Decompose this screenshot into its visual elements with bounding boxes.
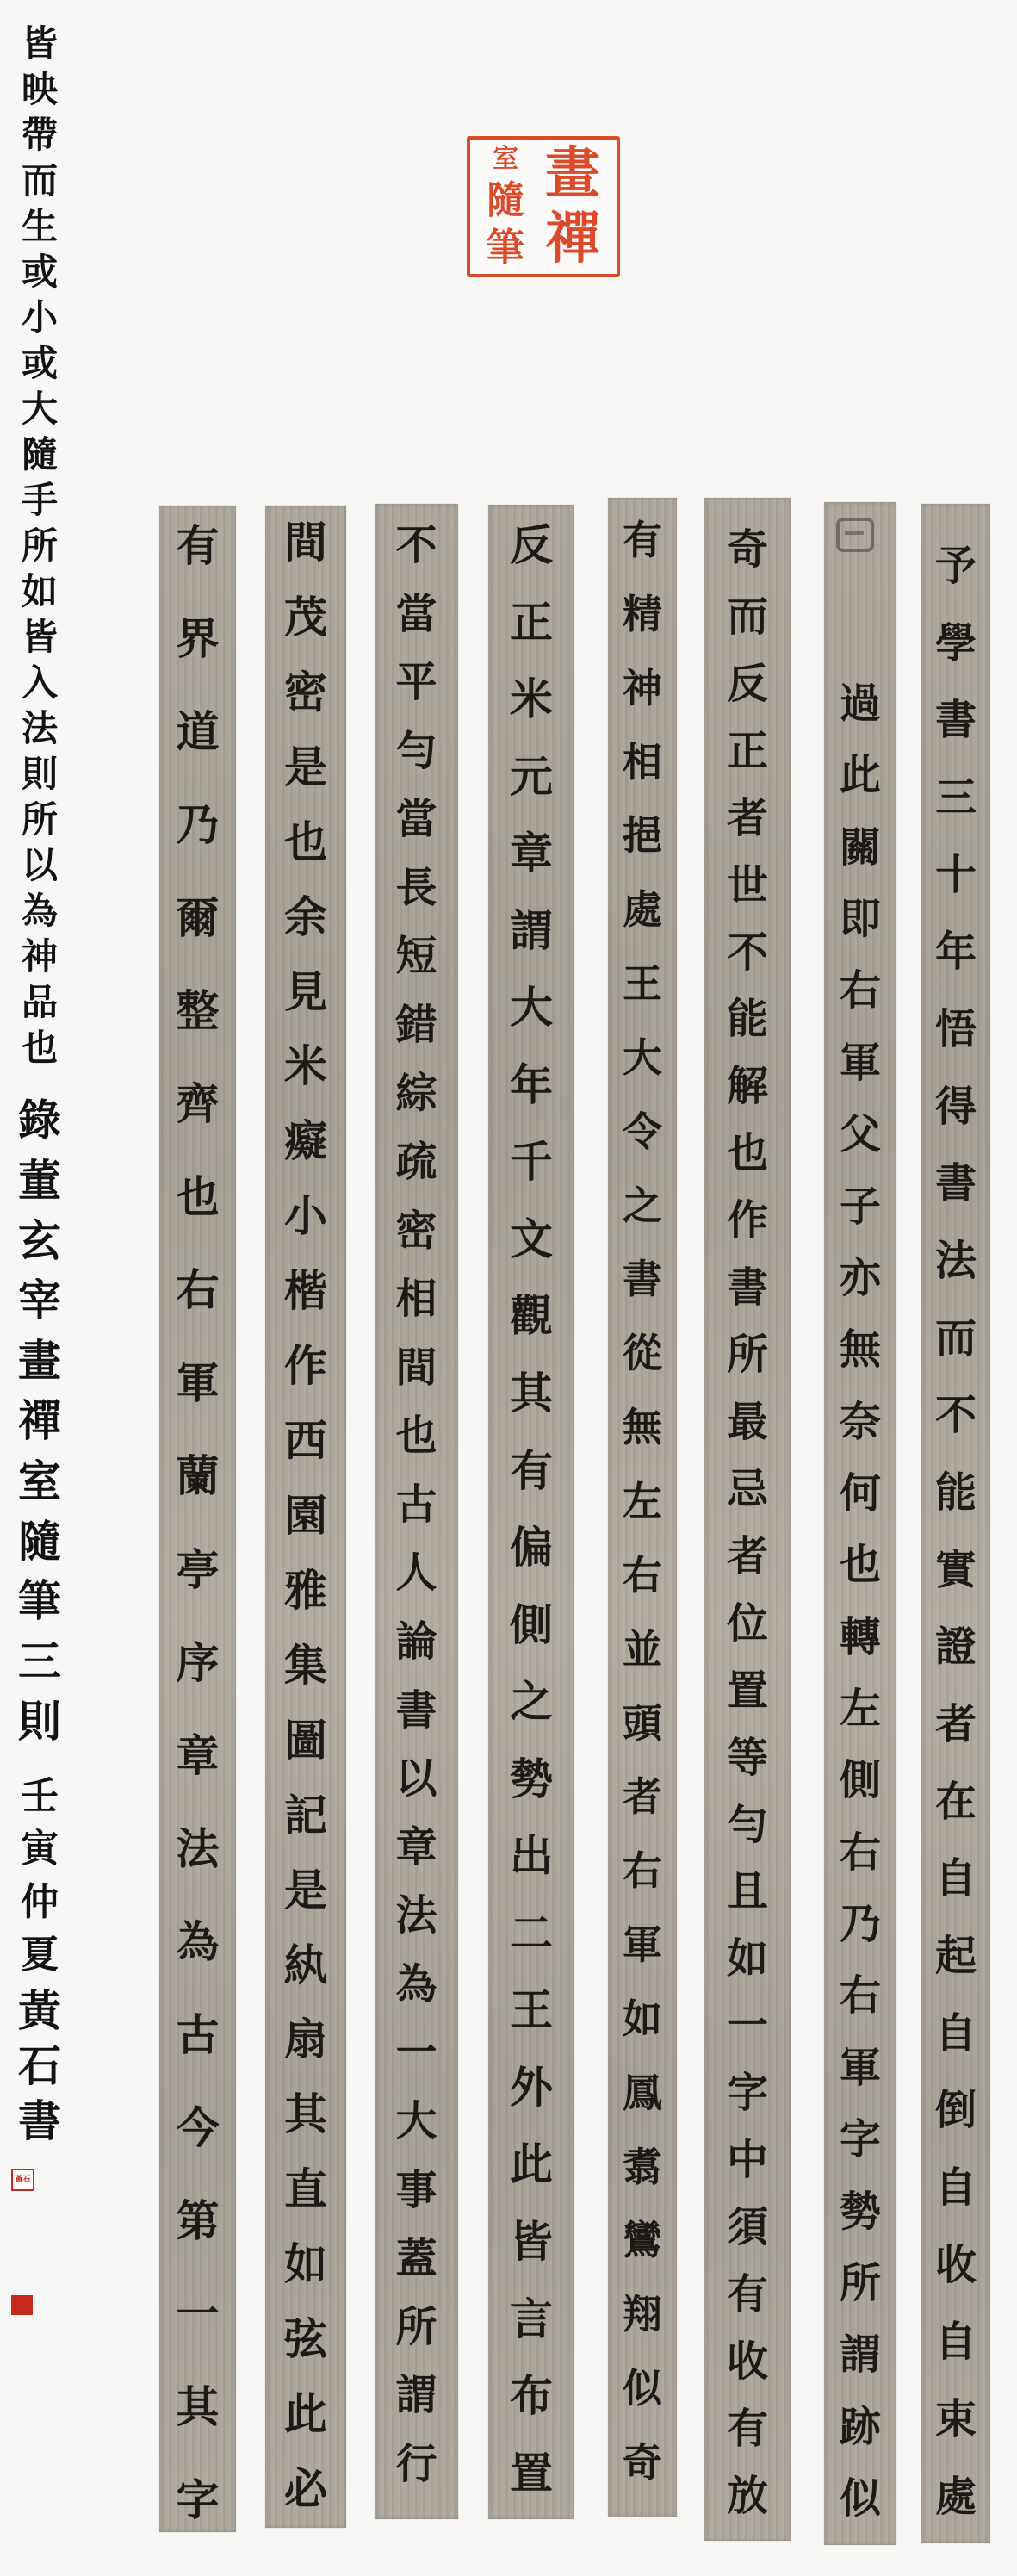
calligraphy-glyph: 齊 xyxy=(177,1083,220,1126)
calligraphy-glyph: 密 xyxy=(284,671,327,714)
calligraphy-glyph: 作 xyxy=(727,1200,768,1241)
calligraphy-glyph: 不 xyxy=(395,525,437,566)
calligraphy-glyph: 也 xyxy=(22,1030,58,1066)
calligraphy-glyph: 一 xyxy=(395,2032,437,2073)
calligraphy-glyph: 奇 xyxy=(727,529,768,570)
calligraphy-glyph: 圖 xyxy=(284,1719,327,1762)
calligraphy-strip-2: 過此關即右軍父子亦無奈何也轉左側右乃右軍字勢所謂跡似 xyxy=(824,502,896,2545)
calligraphy-glyph: 悟 xyxy=(935,1009,977,1050)
calligraphy-glyph: 十 xyxy=(935,854,977,896)
calligraphy-glyph: 子 xyxy=(840,1186,881,1227)
calligraphy-glyph: 密 xyxy=(395,1210,437,1251)
calligraphy-glyph: 作 xyxy=(284,1344,327,1387)
calligraphy-glyph: 收 xyxy=(935,2244,977,2286)
calligraphy-glyph: 間 xyxy=(284,521,327,564)
inscription-signature: 黃石書 xyxy=(0,1989,79,2143)
calligraphy-glyph: 反 xyxy=(727,663,768,705)
calligraphy-glyph: 文 xyxy=(510,1218,553,1261)
calligraphy-glyph: 神 xyxy=(22,939,58,975)
calligraphy-glyph: 相 xyxy=(395,1278,437,1319)
calligraphy-glyph: 而 xyxy=(22,163,58,199)
calligraphy-glyph: 令 xyxy=(623,1112,662,1151)
calligraphy-glyph: 勢 xyxy=(510,1758,553,1801)
calligraphy-glyph: 無 xyxy=(840,1329,881,1370)
calligraphy-glyph: 年 xyxy=(510,1064,553,1107)
calligraphy-glyph: 亭 xyxy=(177,1549,220,1592)
calligraphy-glyph: 世 xyxy=(727,865,768,906)
calligraphy-glyph: 者 xyxy=(727,798,768,839)
calligraphy-glyph: 所 xyxy=(22,528,58,564)
calligraphy-glyph: 也 xyxy=(177,1176,220,1219)
calligraphy-glyph: 一 xyxy=(177,2293,220,2336)
calligraphy-glyph: 也 xyxy=(395,1415,437,1456)
calligraphy-glyph: 千 xyxy=(510,1140,553,1183)
calligraphy-glyph: 自 xyxy=(935,2167,977,2208)
calligraphy-glyph: 等 xyxy=(727,1737,768,1778)
calligraphy-glyph: 倒 xyxy=(935,2089,977,2131)
calligraphy-glyph: 其 xyxy=(284,2093,327,2136)
calligraphy-glyph: 小 xyxy=(284,1195,327,1238)
calligraphy-glyph: 帶 xyxy=(22,117,58,153)
calligraphy-glyph: 學 xyxy=(935,623,977,664)
calligraphy-glyph: 鳳 xyxy=(623,2073,662,2113)
calligraphy-glyph: 畫 xyxy=(545,146,600,202)
strip-text: 予學書三十年悟得書法而不能實證者在自起自倒自收自束處 xyxy=(921,545,990,2517)
calligraphy-glyph: 或 xyxy=(22,254,58,290)
calligraphy-glyph: 不 xyxy=(727,932,768,973)
calligraphy-glyph: 謂 xyxy=(395,2374,437,2416)
calligraphy-glyph: 實 xyxy=(935,1549,977,1591)
calligraphy-glyph: 生 xyxy=(22,208,58,245)
inscription-date: 壬寅仲夏 xyxy=(0,1778,79,1974)
calligraphy-glyph: 最 xyxy=(727,1401,768,1443)
calligraphy-glyph: 翥 xyxy=(623,2147,662,2187)
inscription-line-1: 皆映帶而生或小或大隨手所如皆入法則所以為神品也 xyxy=(0,26,79,1066)
calligraphy-glyph: 為 xyxy=(22,893,58,929)
calligraphy-glyph: 自 xyxy=(935,2013,977,2054)
calligraphy-glyph: 能 xyxy=(935,1472,977,1513)
calligraphy-glyph: 畫 xyxy=(18,1339,61,1382)
calligraphy-glyph: 須 xyxy=(727,2207,768,2248)
calligraphy-glyph: 爾 xyxy=(177,897,220,940)
calligraphy-glyph: 書 xyxy=(18,2100,61,2143)
calligraphy-glyph: 且 xyxy=(727,1871,768,1912)
calligraphy-glyph: 法 xyxy=(935,1240,977,1282)
calligraphy-glyph: 放 xyxy=(727,2475,768,2517)
strip-text: 反正米元章謂大年千文觀其有偏側之勢出二王外此皆言布置 xyxy=(488,524,574,2495)
calligraphy-glyph: 錯 xyxy=(395,1004,437,1046)
calligraphy-glyph: 書 xyxy=(935,1163,977,1204)
calligraphy-glyph: 轉 xyxy=(840,1617,881,1658)
calligraphy-glyph: 仲 xyxy=(21,1884,59,1921)
calligraphy-glyph: 平 xyxy=(395,661,437,703)
calligraphy-glyph: 書 xyxy=(395,1690,437,1731)
calligraphy-glyph: 右 xyxy=(840,970,881,1011)
calligraphy-glyph: 精 xyxy=(623,594,662,634)
calligraphy-glyph: 翔 xyxy=(623,2294,662,2334)
calligraphy-glyph: 綜 xyxy=(395,1073,437,1114)
calligraphy-glyph: 也 xyxy=(284,821,327,864)
calligraphy-glyph: 章 xyxy=(395,1827,437,1868)
calligraphy-glyph: 則 xyxy=(22,756,58,792)
calligraphy-glyph: 宰 xyxy=(18,1279,61,1322)
calligraphy-glyph: 也 xyxy=(727,1133,768,1174)
calligraphy-glyph: 第 xyxy=(177,2200,220,2243)
calligraphy-glyph: 右 xyxy=(177,1269,220,1312)
calligraphy-glyph: 處 xyxy=(623,890,662,929)
calligraphy-glyph: 寅 xyxy=(21,1830,59,1868)
calligraphy-glyph: 所 xyxy=(22,802,58,838)
calligraphy-glyph: 余 xyxy=(284,896,327,939)
calligraphy-glyph: 隨 xyxy=(22,437,58,473)
calligraphy-glyph: 出 xyxy=(510,1834,553,1878)
calligraphy-glyph: 父 xyxy=(840,1114,881,1155)
calligraphy-glyph: 軍 xyxy=(177,1362,220,1405)
calligraphy-glyph: 相 xyxy=(623,742,662,782)
calligraphy-glyph: 書 xyxy=(727,1267,768,1308)
calligraphy-glyph: 此 xyxy=(840,754,881,796)
calligraphy-glyph: 錄 xyxy=(18,1099,61,1142)
calligraphy-glyph: 小 xyxy=(22,300,58,336)
calligraphy-glyph: 映 xyxy=(22,71,58,108)
calligraphy-glyph: 勻 xyxy=(727,1804,768,1846)
calligraphy-glyph: 所 xyxy=(840,2263,881,2304)
calligraphy-glyph: 過 xyxy=(840,683,881,724)
calligraphy-glyph: 證 xyxy=(935,1626,977,1667)
calligraphy-glyph: 謂 xyxy=(840,2334,881,2375)
calligraphy-glyph: 不 xyxy=(935,1394,977,1436)
ink-mark xyxy=(836,518,874,552)
strip-text: 間茂密是也余見米癡小楷作西園雅集圖記是紈扇其直如弦此必 xyxy=(265,521,346,2511)
calligraphy-glyph: 束 xyxy=(935,2399,977,2440)
artist-seal-name: 黃石 xyxy=(11,2169,34,2191)
calligraphy-glyph: 二 xyxy=(510,1912,553,1955)
calligraphy-glyph: 神 xyxy=(623,668,662,708)
calligraphy-glyph: 者 xyxy=(623,1777,662,1816)
calligraphy-glyph: 道 xyxy=(177,711,220,754)
calligraphy-glyph: 年 xyxy=(935,931,977,972)
calligraphy-glyph: 無 xyxy=(623,1407,662,1447)
calligraphy-glyph: 位 xyxy=(727,1603,768,1644)
calligraphy-glyph: 此 xyxy=(284,2393,327,2436)
calligraphy-glyph: 董 xyxy=(18,1159,61,1202)
calligraphy-glyph: 有 xyxy=(510,1449,553,1493)
calligraphy-glyph: 勢 xyxy=(840,2191,881,2232)
calligraphy-glyph: 記 xyxy=(284,1794,327,1837)
calligraphy-glyph: 右 xyxy=(623,1851,662,1890)
calligraphy-glyph: 何 xyxy=(840,1473,881,1514)
calligraphy-glyph: 章 xyxy=(177,1735,220,1778)
calligraphy-glyph: 法 xyxy=(22,711,58,747)
calligraphy-glyph: 關 xyxy=(840,827,881,868)
calligraphy-glyph: 側 xyxy=(840,1760,881,1801)
calligraphy-glyph: 右 xyxy=(623,1555,662,1595)
calligraphy-glyph: 者 xyxy=(727,1536,768,1577)
calligraphy-glyph: 疏 xyxy=(395,1141,437,1182)
calligraphy-glyph: 為 xyxy=(395,1964,437,2005)
calligraphy-glyph: 書 xyxy=(935,699,977,741)
calligraphy-glyph: 有 xyxy=(177,525,220,568)
calligraphy-glyph: 長 xyxy=(395,867,437,909)
calligraphy-glyph: 勻 xyxy=(395,730,437,772)
calligraphy-glyph: 米 xyxy=(510,678,553,721)
calligraphy-glyph: 中 xyxy=(727,2139,768,2181)
strip-text: 奇而反正者世不能解也作書所最忌者位置等勻且如一字中須有收有放 xyxy=(704,529,791,2517)
calligraphy-glyph: 或 xyxy=(22,345,58,382)
calligraphy-glyph: 法 xyxy=(395,1895,437,1936)
calligraphy-glyph: 乃 xyxy=(840,1903,881,1945)
calligraphy-glyph: 謂 xyxy=(510,909,553,953)
artist-seal-square xyxy=(11,2295,33,2315)
calligraphy-glyph: 大 xyxy=(510,986,553,1029)
calligraphy-glyph: 茂 xyxy=(284,596,327,639)
calligraphy-glyph: 置 xyxy=(510,2452,553,2495)
calligraphy-glyph: 即 xyxy=(840,898,881,940)
calligraphy-glyph: 石 xyxy=(18,2045,61,2088)
calligraphy-glyph: 三 xyxy=(935,777,977,818)
calligraphy-glyph: 書 xyxy=(623,1259,662,1299)
calligraphy-glyph: 左 xyxy=(623,1481,662,1521)
calligraphy-glyph: 挹 xyxy=(623,816,662,855)
calligraphy-glyph: 忌 xyxy=(727,1468,768,1510)
calligraphy-glyph: 其 xyxy=(177,2386,220,2429)
seal-right-column: 畫禪 xyxy=(537,146,608,267)
calligraphy-glyph: 觀 xyxy=(510,1294,553,1338)
calligraphy-glyph: 今 xyxy=(177,2107,220,2150)
calligraphy-glyph: 禪 xyxy=(18,1400,61,1443)
calligraphy-strip-5: 反正米元章謂大年千文觀其有偏側之勢出二王外此皆言布置 xyxy=(488,505,574,2519)
calligraphy-glyph: 筆 xyxy=(487,229,524,267)
calligraphy-glyph: 正 xyxy=(510,601,553,644)
calligraphy-glyph: 夏 xyxy=(21,1936,59,1974)
calligraphy-glyph: 軍 xyxy=(840,1042,881,1083)
calligraphy-glyph: 起 xyxy=(935,1935,977,1977)
calligraphy-glyph: 者 xyxy=(935,1704,977,1745)
calligraphy-glyph: 隨 xyxy=(18,1520,61,1563)
calligraphy-glyph: 予 xyxy=(935,545,977,587)
calligraphy-glyph: 壬 xyxy=(21,1778,59,1816)
calligraphy-glyph: 自 xyxy=(935,2321,977,2362)
calligraphy-glyph: 以 xyxy=(395,1758,437,1799)
calligraphy-glyph: 布 xyxy=(510,2374,553,2418)
calligraphy-glyph: 之 xyxy=(623,1186,662,1226)
calligraphy-glyph: 如 xyxy=(623,1999,662,2039)
calligraphy-glyph: 側 xyxy=(510,1604,553,1647)
calligraphy-glyph: 皆 xyxy=(22,619,58,655)
calligraphy-glyph: 楷 xyxy=(284,1269,327,1313)
calligraphy-glyph: 收 xyxy=(727,2341,768,2382)
strip-text: 有精神相挹處王大令之書從無左右並頭者右軍如鳳翥鸞翔似奇 xyxy=(608,520,677,2482)
calligraphy-glyph: 元 xyxy=(510,755,553,798)
calligraphy-glyph: 事 xyxy=(395,2169,437,2211)
calligraphy-glyph: 似 xyxy=(840,2478,881,2519)
calligraphy-glyph: 則 xyxy=(18,1700,61,1743)
calligraphy-glyph: 西 xyxy=(284,1419,327,1462)
calligraphy-glyph: 右 xyxy=(840,1832,881,1873)
calligraphy-glyph: 序 xyxy=(177,1642,220,1685)
calligraphy-glyph: 癡 xyxy=(284,1120,327,1163)
calligraphy-glyph: 三 xyxy=(18,1640,61,1683)
calligraphy-glyph: 隨 xyxy=(487,182,524,220)
calligraphy-glyph: 行 xyxy=(395,2443,437,2485)
calligraphy-glyph: 亦 xyxy=(840,1257,881,1299)
calligraphy-glyph: 當 xyxy=(395,593,437,635)
calligraphy-glyph: 字 xyxy=(177,2479,220,2522)
calligraphy-glyph: 能 xyxy=(727,998,768,1040)
calligraphy-glyph: 軍 xyxy=(840,2047,881,2089)
calligraphy-glyph: 如 xyxy=(22,574,58,610)
calligraphy-glyph: 當 xyxy=(395,798,437,840)
calligraphy-glyph: 奇 xyxy=(623,2443,662,2482)
calligraphy-glyph: 品 xyxy=(22,984,58,1021)
strip-text: 過此關即右軍父子亦無奈何也轉左側右乃右軍字勢所謂跡似 xyxy=(824,683,896,2519)
calligraphy-glyph: 解 xyxy=(727,1065,768,1107)
calligraphy-glyph: 是 xyxy=(284,746,327,789)
calligraphy-glyph: 處 xyxy=(935,2476,977,2517)
calligraphy-glyph: 反 xyxy=(510,524,553,567)
calligraphy-glyph: 古 xyxy=(177,2014,220,2057)
calligraphy-glyph: 置 xyxy=(727,1670,768,1711)
calligraphy-glyph: 米 xyxy=(284,1045,327,1088)
inscription-line-2: 錄董玄宰畫禪室隨筆三則 xyxy=(0,1099,79,1743)
calligraphy-glyph: 偏 xyxy=(510,1526,553,1569)
calligraphy-glyph: 人 xyxy=(395,1552,437,1593)
calligraphy-glyph: 法 xyxy=(177,1828,220,1871)
calligraphy-glyph: 禪 xyxy=(545,212,600,267)
calligraphy-glyph: 此 xyxy=(510,2143,553,2186)
calligraphy-glyph: 也 xyxy=(840,1544,881,1586)
calligraphy-glyph: 自 xyxy=(935,1858,977,1899)
seal-left-column: 室隨筆 xyxy=(477,146,534,267)
calligraphy-glyph: 雅 xyxy=(284,1569,327,1612)
strip-text: 有界道乃爾整齊也右軍蘭亭序章法為古今第一其字 xyxy=(159,525,236,2522)
calligraphy-glyph: 一 xyxy=(727,2005,768,2046)
calligraphy-glyph: 手 xyxy=(22,482,58,518)
calligraphy-glyph: 蓋 xyxy=(395,2238,437,2279)
calligraphy-strip-3: 奇而反正者世不能解也作書所最忌者位置等勻且如一字中須有收有放 xyxy=(704,498,791,2541)
calligraphy-glyph: 而 xyxy=(727,596,768,637)
calligraphy-glyph: 似 xyxy=(623,2368,662,2408)
calligraphy-glyph: 大 xyxy=(22,391,58,427)
calligraphy-glyph: 大 xyxy=(623,1038,662,1077)
calligraphy-glyph: 皆 xyxy=(510,2220,553,2263)
calligraphy-glyph: 右 xyxy=(840,1975,881,2016)
calligraphy-glyph: 頭 xyxy=(623,1704,662,1743)
calligraphy-glyph: 王 xyxy=(623,964,662,1003)
calligraphy-strip-6: 不當平勻當長短錯綜疏密相間也古人論書以章法為一大事蓋所謂行 xyxy=(375,504,458,2519)
calligraphy-glyph: 其 xyxy=(510,1372,553,1415)
calligraphy-glyph: 章 xyxy=(510,832,553,875)
calligraphy-glyph: 所 xyxy=(727,1334,768,1375)
calligraphy-glyph: 皆 xyxy=(22,26,58,62)
calligraphy-glyph: 之 xyxy=(510,1680,553,1723)
calligraphy-glyph: 並 xyxy=(623,1629,662,1669)
calligraphy-glyph: 入 xyxy=(22,665,58,701)
calligraphy-glyph: 直 xyxy=(284,2168,327,2211)
calligraphy-glyph: 蘭 xyxy=(177,1455,220,1498)
calligraphy-strip-1: 予學書三十年悟得書法而不能實證者在自起自倒自收自束處 xyxy=(921,504,990,2543)
calligraphy-glyph: 集 xyxy=(284,1644,327,1687)
calligraphy-glyph: 間 xyxy=(395,1347,437,1388)
calligraphy-glyph: 古 xyxy=(395,1484,437,1525)
calligraphy-glyph: 論 xyxy=(395,1621,437,1662)
calligraphy-glyph: 而 xyxy=(935,1318,977,1359)
calligraphy-glyph: 界 xyxy=(177,618,220,661)
calligraphy-glyph: 玄 xyxy=(18,1220,61,1263)
calligraphy-glyph: 必 xyxy=(284,2467,327,2511)
calligraphy-glyph: 得 xyxy=(935,1086,977,1127)
calligraphy-glyph: 見 xyxy=(284,971,327,1014)
calligraphy-glyph: 有 xyxy=(727,2408,768,2449)
calligraphy-glyph: 整 xyxy=(177,990,220,1033)
calligraphy-glyph: 跡 xyxy=(840,2406,881,2448)
calligraphy-glyph: 室 xyxy=(18,1460,61,1503)
calligraphy-glyph: 短 xyxy=(395,935,437,977)
calligraphy-glyph: 言 xyxy=(510,2298,553,2341)
strip-text: 不當平勻當長短錯綜疏密相間也古人論書以章法為一大事蓋所謂行 xyxy=(375,525,458,2485)
calligraphy-glyph: 紈 xyxy=(284,1944,327,1987)
calligraphy-glyph: 如 xyxy=(284,2243,327,2286)
calligraphy-glyph: 從 xyxy=(623,1333,662,1373)
calligraphy-glyph: 室 xyxy=(493,146,518,172)
calligraphy-glyph: 黃 xyxy=(18,1989,61,2033)
calligraphy-glyph: 所 xyxy=(395,2306,437,2348)
calligraphy-glyph: 有 xyxy=(623,520,662,560)
calligraphy-glyph: 扇 xyxy=(284,2018,327,2061)
calligraphy-strip-8: 有界道乃爾整齊也右軍蘭亭序章法為古今第一其字 xyxy=(159,506,236,2532)
calligraphy-glyph: 是 xyxy=(284,1869,327,1912)
title-seal: 畫禪 室隨筆 xyxy=(467,136,620,277)
calligraphy-glyph: 弦 xyxy=(284,2318,327,2361)
calligraphy-glyph: 如 xyxy=(727,1938,768,1979)
calligraphy-glyph: 鸞 xyxy=(623,2220,662,2260)
calligraphy-glyph: 正 xyxy=(727,730,768,772)
calligraphy-glyph: 園 xyxy=(284,1494,327,1537)
calligraphy-glyph: 在 xyxy=(935,1781,977,1822)
calligraphy-glyph: 有 xyxy=(727,2274,768,2315)
calligraphy-glyph: 為 xyxy=(177,1921,220,1964)
calligraphy-glyph: 軍 xyxy=(623,1925,662,1965)
calligraphy-glyph: 奈 xyxy=(840,1401,881,1443)
calligraphy-glyph: 筆 xyxy=(18,1580,61,1623)
calligraphy-glyph: 大 xyxy=(395,2101,437,2142)
calligraphy-glyph: 字 xyxy=(840,2119,881,2160)
calligraphy-glyph: 王 xyxy=(510,1989,553,2032)
calligraphy-glyph: 左 xyxy=(840,1688,881,1729)
calligraphy-strip-4: 有精神相挹處王大令之書從無左右並頭者右軍如鳳翥鸞翔似奇 xyxy=(608,498,677,2517)
calligraphy-glyph: 以 xyxy=(22,847,58,884)
calligraphy-strip-7: 間茂密是也余見米癡小楷作西園雅集圖記是紈扇其直如弦此必 xyxy=(265,506,346,2528)
calligraphy-glyph: 字 xyxy=(727,2072,768,2114)
calligraphy-glyph: 外 xyxy=(510,2066,553,2109)
calligraphy-glyph: 乃 xyxy=(177,804,220,847)
